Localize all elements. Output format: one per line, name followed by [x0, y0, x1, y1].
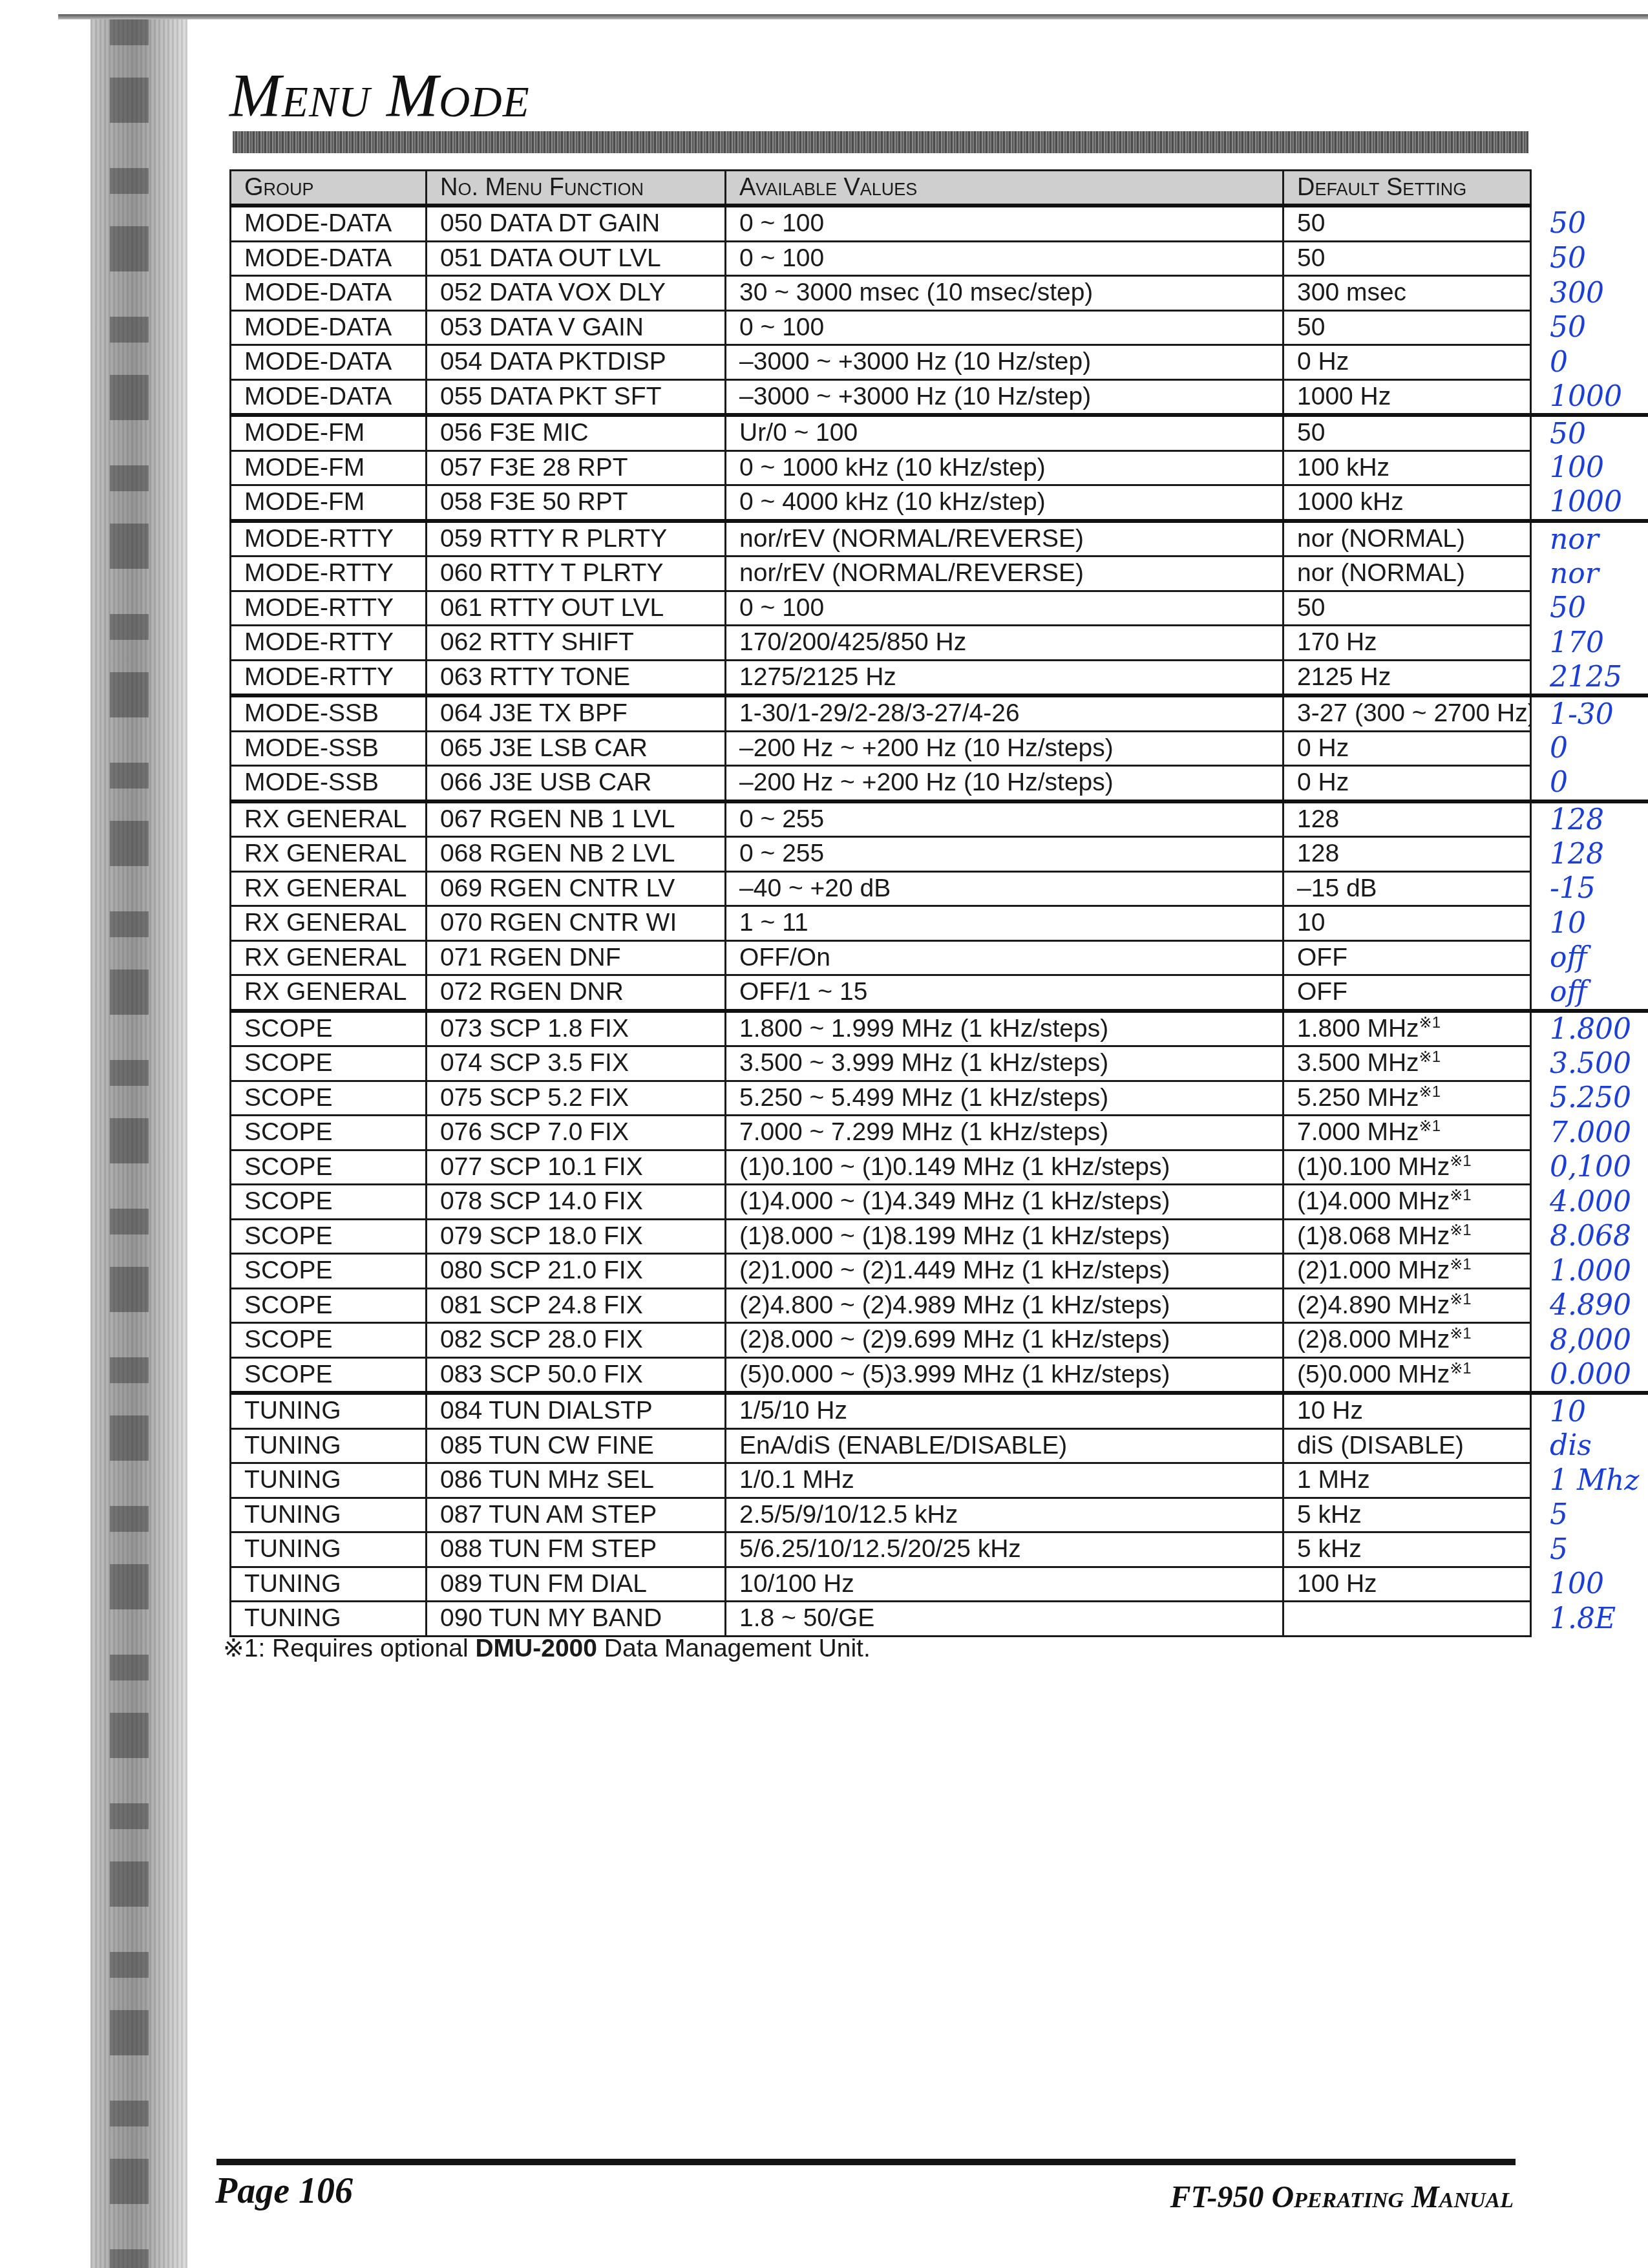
cell-function: 073 SCP 1.8 FIX [427, 1011, 726, 1046]
cell-default-text: (2)1.000 MHz [1297, 1256, 1450, 1284]
cell-default: 0 Hz [1284, 345, 1531, 380]
table-row: MODE-SSB064 J3E TX BPF1-30/1-29/2-28/3-2… [231, 695, 1648, 731]
header-group: Group [231, 171, 427, 206]
cell-default: OFF [1284, 940, 1531, 975]
cell-values: 1275/2125 Hz [726, 660, 1284, 695]
handwritten-note-text: dis [1550, 1429, 1592, 1462]
cell-group-text: MODE-DATA [244, 313, 392, 341]
cell-function-text: 087 TUN AM STEP [440, 1501, 657, 1529]
cell-values-text: (5)0.000 ~ (5)3.999 MHz (1 kHz/steps) [739, 1361, 1170, 1388]
cell-values: 0 ~ 1000 kHz (10 kHz/step) [726, 450, 1284, 485]
cell-group-text: MODE-DATA [244, 279, 392, 306]
cell-function-text: 070 RGEN CNTR WI [440, 909, 677, 937]
handwritten-note: 10 [1531, 906, 1648, 941]
cell-group: SCOPE [231, 1357, 427, 1393]
header-function: No. Menu Function [427, 171, 726, 206]
cell-function: 056 F3E MIC [427, 415, 726, 450]
cell-function: 063 RTTY TONE [427, 660, 726, 695]
cell-function-text: 090 TUN MY BAND [440, 1604, 662, 1632]
cell-group: MODE-RTTY [231, 591, 427, 626]
cell-function: 070 RGEN CNTR WI [427, 906, 726, 941]
footnote-prefix: : Requires optional [258, 1635, 475, 1662]
cell-group: RX GENERAL [231, 801, 427, 837]
cell-function: 084 TUN DIALSTP [427, 1393, 726, 1428]
cell-values: Ur/0 ~ 100 [726, 415, 1284, 450]
cell-default: (1)0.100 MHz※1 [1284, 1150, 1531, 1185]
cell-default: 1000 Hz [1284, 379, 1531, 415]
cell-default: 3-27 (300 ~ 2700 Hz) [1284, 695, 1531, 731]
cell-default: 50 [1284, 241, 1531, 276]
table-row: MODE-SSB066 J3E USB CAR–200 Hz ~ +200 Hz… [231, 766, 1648, 801]
cell-values: –200 Hz ~ +200 Hz (10 Hz/steps) [726, 731, 1284, 766]
cell-default: (2)8.000 MHz※1 [1284, 1323, 1531, 1358]
handwritten-note-text: 1.8E [1550, 1602, 1616, 1635]
table-row: TUNING085 TUN CW FINEEnA/diS (ENABLE/DIS… [231, 1428, 1648, 1463]
cell-group: SCOPE [231, 1219, 427, 1254]
cell-default: 128 [1284, 837, 1531, 872]
cell-values-text: (2)8.000 ~ (2)9.699 MHz (1 kHz/steps) [739, 1326, 1170, 1353]
table-row: SCOPE083 SCP 50.0 FIX(5)0.000 ~ (5)3.999… [231, 1357, 1648, 1393]
cell-default-text: 3-27 (300 ~ 2700 Hz) [1297, 699, 1531, 727]
cell-group-text: MODE-SSB [244, 734, 379, 762]
handwritten-note-text: off [1550, 941, 1587, 974]
handwritten-note-text: 7.000 [1550, 1116, 1631, 1149]
table-row: RX GENERAL067 RGEN NB 1 LVL0 ~ 255128128 [231, 801, 1648, 837]
cell-values: (2)4.800 ~ (2)4.989 MHz (1 kHz/steps) [726, 1288, 1284, 1323]
cell-function-text: 073 SCP 1.8 FIX [440, 1015, 629, 1043]
cell-default: 100 kHz [1284, 450, 1531, 485]
cell-group: MODE-DATA [231, 276, 427, 311]
handwritten-note-text: 100 [1550, 1567, 1604, 1600]
cell-default: 5 kHz [1284, 1532, 1531, 1567]
cell-default-text: 10 [1297, 909, 1325, 937]
table-row: MODE-SSB065 J3E LSB CAR–200 Hz ~ +200 Hz… [231, 731, 1648, 766]
cell-function-text: 088 TUN FM STEP [440, 1535, 657, 1563]
cell-default-text: 5.250 MHz [1297, 1084, 1419, 1112]
handwritten-note-text: 10 [1550, 1395, 1586, 1428]
cell-group: TUNING [231, 1602, 427, 1637]
cell-group-text: RX GENERAL [244, 840, 407, 867]
handwritten-note-text: 0 [1550, 346, 1568, 379]
cell-function: 081 SCP 24.8 FIX [427, 1288, 726, 1323]
cell-default: (1)4.000 MHz※1 [1284, 1185, 1531, 1220]
footnote: ※1: Requires optional DMU-2000 Data Mana… [223, 1634, 871, 1663]
cell-values-text: 0 ~ 1000 kHz (10 kHz/step) [739, 454, 1046, 482]
cell-values: (1)0.100 ~ (1)0.149 MHz (1 kHz/steps) [726, 1150, 1284, 1185]
cell-default-text: 1.800 MHz [1297, 1015, 1419, 1043]
cell-values: nor/rEV (NORMAL/REVERSE) [726, 521, 1284, 556]
handwritten-note: 0 [1531, 345, 1648, 380]
table-row: RX GENERAL069 RGEN CNTR LV–40 ~ +20 dB–1… [231, 871, 1648, 906]
cell-default-text: 50 [1297, 419, 1325, 447]
handwritten-note-text: off [1550, 975, 1587, 1008]
cell-group: MODE-RTTY [231, 556, 427, 591]
cell-default-text: 50 [1297, 209, 1325, 237]
cell-default-text: 128 [1297, 805, 1339, 833]
cell-default-text: OFF [1297, 978, 1347, 1006]
footnote-ref: ※1 [1419, 1118, 1441, 1135]
cell-default-text: (1)8.068 MHz [1297, 1222, 1450, 1250]
table-row: TUNING089 TUN FM DIAL10/100 Hz100 Hz100 [231, 1567, 1648, 1602]
cell-default-text: 1000 kHz [1297, 488, 1404, 516]
cell-function: 053 DATA V GAIN [427, 310, 726, 345]
handwritten-note-text: -15 [1550, 872, 1596, 905]
cell-default-text: 50 [1297, 244, 1325, 272]
table-row: TUNING090 TUN MY BAND1.8 ~ 50/GE1.8E [231, 1602, 1648, 1637]
cell-group: SCOPE [231, 1081, 427, 1116]
cell-function-text: 083 SCP 50.0 FIX [440, 1361, 643, 1388]
handwritten-note: 1000 [1531, 379, 1648, 415]
handwritten-note-text: 5 [1550, 1498, 1568, 1531]
table-row: MODE-FM057 F3E 28 RPT0 ~ 1000 kHz (10 kH… [231, 450, 1648, 485]
cell-function-text: 057 F3E 28 RPT [440, 454, 628, 482]
handwritten-note-text: 0.000 [1550, 1358, 1631, 1391]
cell-values: 0 ~ 255 [726, 837, 1284, 872]
cell-function: 086 TUN MHz SEL [427, 1463, 726, 1498]
cell-function: 078 SCP 14.0 FIX [427, 1185, 726, 1220]
cell-values: –3000 ~ +3000 Hz (10 Hz/step) [726, 345, 1284, 380]
cell-default-text: 1000 Hz [1297, 383, 1391, 410]
cell-default-text: (2)4.890 MHz [1297, 1291, 1450, 1319]
cell-function: 057 F3E 28 RPT [427, 450, 726, 485]
cell-default: 0 Hz [1284, 731, 1531, 766]
cell-function: 079 SCP 18.0 FIX [427, 1219, 726, 1254]
cell-values: –3000 ~ +3000 Hz (10 Hz/step) [726, 379, 1284, 415]
cell-function-text: 053 DATA V GAIN [440, 313, 644, 341]
cell-function: 088 TUN FM STEP [427, 1532, 726, 1567]
cell-function: 071 RGEN DNF [427, 940, 726, 975]
handwritten-note-text: 128 [1550, 803, 1604, 836]
cell-values-text: 0 ~ 100 [739, 244, 824, 272]
cell-default: diS (DISABLE) [1284, 1428, 1531, 1463]
table-row: SCOPE079 SCP 18.0 FIX(1)8.000 ~ (1)8.199… [231, 1219, 1648, 1254]
cell-group-text: MODE-FM [244, 454, 364, 482]
handwritten-note: 50 [1531, 415, 1648, 450]
handwritten-note-text: 50 [1550, 311, 1586, 344]
cell-values: 2.5/5/9/10/12.5 kHz [726, 1498, 1284, 1532]
cell-group-text: RX GENERAL [244, 978, 407, 1006]
cell-default-text: OFF [1297, 944, 1347, 971]
cell-function: 061 RTTY OUT LVL [427, 591, 726, 626]
cell-function-text: 065 J3E LSB CAR [440, 734, 648, 762]
table-row: SCOPE081 SCP 24.8 FIX(2)4.800 ~ (2)4.989… [231, 1288, 1648, 1323]
cell-group: SCOPE [231, 1150, 427, 1185]
handwritten-note: 1.000 [1531, 1254, 1648, 1289]
cell-function-text: 076 SCP 7.0 FIX [440, 1118, 629, 1146]
handwritten-note: 5 [1531, 1532, 1648, 1567]
cell-default-text: –15 dB [1297, 874, 1377, 902]
cell-group: SCOPE [231, 1323, 427, 1358]
cell-group-text: SCOPE [244, 1118, 333, 1146]
cell-values-text: 0 ~ 100 [739, 209, 824, 237]
menu-table: Group No. Menu Function Available Values… [229, 169, 1648, 1637]
cell-group-text: TUNING [244, 1604, 341, 1632]
cell-default: 1 MHz [1284, 1463, 1531, 1498]
cell-function-text: 075 SCP 5.2 FIX [440, 1084, 629, 1112]
cell-group-text: RX GENERAL [244, 944, 407, 971]
handwritten-note-text: 1000 [1550, 485, 1622, 518]
cell-values: (1)4.000 ~ (1)4.349 MHz (1 kHz/steps) [726, 1185, 1284, 1220]
table-row: MODE-DATA052 DATA VOX DLY30 ~ 3000 msec … [231, 276, 1648, 311]
handwritten-note: 0.000 [1531, 1357, 1648, 1393]
cell-default-text: 0 Hz [1297, 734, 1349, 762]
cell-default: (2)4.890 MHz※1 [1284, 1288, 1531, 1323]
cell-values: 30 ~ 3000 msec (10 msec/step) [726, 276, 1284, 311]
table-row: SCOPE080 SCP 21.0 FIX(2)1.000 ~ (2)1.449… [231, 1254, 1648, 1289]
footnote-ref: ※1 [1450, 1256, 1471, 1273]
cell-values-text: 1-30/1-29/2-28/3-27/4-26 [739, 699, 1020, 727]
handwritten-note-text: 0 [1550, 766, 1568, 799]
cell-values-text: 170/200/425/850 Hz [739, 628, 966, 656]
handwritten-note-text: 1-30 [1550, 698, 1614, 731]
cell-values: 0 ~ 100 [726, 206, 1284, 241]
cell-function: 075 SCP 5.2 FIX [427, 1081, 726, 1116]
handwritten-note-text: 50 [1550, 591, 1586, 624]
table-row: MODE-RTTY059 RTTY R PLRTYnor/rEV (NORMAL… [231, 521, 1648, 556]
cell-function-text: 067 RGEN NB 1 LVL [440, 805, 675, 833]
handwritten-note-text: 1000 [1550, 380, 1622, 413]
cell-values: (2)8.000 ~ (2)9.699 MHz (1 kHz/steps) [726, 1323, 1284, 1358]
handwritten-note: dis [1531, 1428, 1648, 1463]
cell-function-text: 085 TUN CW FINE [440, 1432, 654, 1459]
cell-group: RX GENERAL [231, 871, 427, 906]
cell-function-text: 068 RGEN NB 2 LVL [440, 840, 675, 867]
cell-default: 1000 kHz [1284, 485, 1531, 521]
cell-values-text: 10/100 Hz [739, 1570, 854, 1598]
cell-group: TUNING [231, 1532, 427, 1567]
cell-function: 074 SCP 3.5 FIX [427, 1046, 726, 1081]
handwritten-note: 0 [1531, 766, 1648, 801]
cell-values: OFF/1 ~ 15 [726, 975, 1284, 1011]
cell-values: 1.800 ~ 1.999 MHz (1 kHz/steps) [726, 1011, 1284, 1046]
handwritten-note-text: 2125 [1550, 661, 1622, 694]
cell-group: SCOPE [231, 1116, 427, 1150]
handwritten-note-text: 300 [1550, 277, 1604, 310]
cell-function-text: 060 RTTY T PLRTY [440, 559, 663, 587]
cell-group: RX GENERAL [231, 940, 427, 975]
cell-function: 050 DATA DT GAIN [427, 206, 726, 241]
cell-function: 067 RGEN NB 1 LVL [427, 801, 726, 837]
cell-values: 5.250 ~ 5.499 MHz (1 kHz/steps) [726, 1081, 1284, 1116]
cell-function: 069 RGEN CNTR LV [427, 871, 726, 906]
cell-default-text: 10 Hz [1297, 1397, 1363, 1425]
table-row: SCOPE075 SCP 5.2 FIX5.250 ~ 5.499 MHz (1… [231, 1081, 1648, 1116]
cell-values: 7.000 ~ 7.299 MHz (1 kHz/steps) [726, 1116, 1284, 1150]
handwritten-note: 8,000 [1531, 1323, 1648, 1358]
handwritten-note: 2125 [1531, 660, 1648, 695]
cell-values-text: 1.800 ~ 1.999 MHz (1 kHz/steps) [739, 1015, 1108, 1043]
cell-group: TUNING [231, 1428, 427, 1463]
cell-function-text: 062 RTTY SHIFT [440, 628, 634, 656]
handwritten-note-text: 170 [1550, 626, 1604, 659]
handwritten-note: 50 [1531, 310, 1648, 345]
cell-values-text: 0 ~ 100 [739, 594, 824, 622]
cell-group-text: MODE-DATA [244, 383, 392, 410]
cell-group-text: SCOPE [244, 1049, 333, 1077]
cell-group-text: MODE-RTTY [244, 628, 394, 656]
cell-values-text: –3000 ~ +3000 Hz (10 Hz/step) [739, 383, 1091, 410]
cell-values-text: EnA/diS (ENABLE/DISABLE) [739, 1432, 1067, 1459]
handwritten-note: 4.890 [1531, 1288, 1648, 1323]
cell-values-text: –40 ~ +20 dB [739, 874, 891, 902]
handwritten-note: 128 [1531, 801, 1648, 837]
cell-values-text: 5.250 ~ 5.499 MHz (1 kHz/steps) [739, 1084, 1108, 1112]
cell-function: 051 DATA OUT LVL [427, 241, 726, 276]
cell-function: 082 SCP 28.0 FIX [427, 1323, 726, 1358]
cell-group: MODE-RTTY [231, 521, 427, 556]
footnote-ref: ※1 [1419, 1048, 1441, 1066]
handwritten-note-text: 50 [1550, 418, 1586, 450]
handwritten-note-text: 1.800 [1550, 1013, 1631, 1046]
cell-default-text: 100 kHz [1297, 454, 1389, 482]
cell-default-text: 128 [1297, 840, 1339, 867]
cell-values-text: 1 ~ 11 [739, 909, 808, 937]
cell-default-text: 300 msec [1297, 279, 1406, 306]
cell-group-text: SCOPE [244, 1153, 333, 1181]
table-row: TUNING086 TUN MHz SEL1/0.1 MHz1 MHz1 Mhz [231, 1463, 1648, 1498]
handwritten-note-text: 50 [1550, 242, 1586, 275]
cell-values-text: 0 ~ 255 [739, 805, 824, 833]
cell-group-text: MODE-FM [244, 488, 364, 516]
cell-default-text: 3.500 MHz [1297, 1049, 1419, 1077]
manual-name: FT-950 Operating Manual [1170, 2179, 1514, 2215]
cell-group: MODE-RTTY [231, 660, 427, 695]
cell-default: (1)8.068 MHz※1 [1284, 1219, 1531, 1254]
handwritten-note: 0,100 [1531, 1150, 1648, 1185]
cell-group: SCOPE [231, 1185, 427, 1220]
cell-values: 3.500 ~ 3.999 MHz (1 kHz/steps) [726, 1046, 1284, 1081]
cell-group: MODE-DATA [231, 206, 427, 241]
cell-values-text: 1275/2125 Hz [739, 663, 896, 691]
cell-values: 1 ~ 11 [726, 906, 1284, 941]
cell-values-text: Ur/0 ~ 100 [739, 419, 858, 447]
footnote-mark: ※1 [223, 1635, 258, 1662]
cell-function-text: 080 SCP 21.0 FIX [440, 1256, 643, 1284]
cell-values-text: –3000 ~ +3000 Hz (10 Hz/step) [739, 348, 1091, 376]
cell-values-text: OFF/1 ~ 15 [739, 978, 867, 1006]
cell-function-text: 082 SCP 28.0 FIX [440, 1326, 643, 1353]
cell-default-text: 5 kHz [1297, 1501, 1362, 1529]
cell-group-text: MODE-DATA [244, 244, 392, 272]
cell-group-text: RX GENERAL [244, 805, 407, 833]
cell-group: TUNING [231, 1463, 427, 1498]
cell-group: MODE-FM [231, 485, 427, 521]
cell-default-text: diS (DISABLE) [1297, 1432, 1464, 1459]
handwritten-note-text: 3.500 [1550, 1047, 1631, 1080]
cell-group-text: MODE-DATA [244, 348, 392, 376]
handwritten-note-text: 50 [1550, 207, 1586, 240]
table-row: SCOPE077 SCP 10.1 FIX(1)0.100 ~ (1)0.149… [231, 1150, 1648, 1185]
table-row: MODE-RTTY062 RTTY SHIFT170/200/425/850 H… [231, 626, 1648, 661]
handwritten-note: 128 [1531, 837, 1648, 872]
footnote-ref: ※1 [1450, 1291, 1471, 1308]
handwritten-note: 1.8E [1531, 1602, 1648, 1637]
cell-function-text: 074 SCP 3.5 FIX [440, 1049, 629, 1077]
cell-default: –15 dB [1284, 871, 1531, 906]
cell-default: 0 Hz [1284, 766, 1531, 801]
cell-default: 2125 Hz [1284, 660, 1531, 695]
cell-function-text: 072 RGEN DNR [440, 978, 624, 1006]
cell-values-text: 0 ~ 100 [739, 313, 824, 341]
handwritten-note-text: 8.068 [1550, 1220, 1631, 1253]
handwritten-note: 50 [1531, 241, 1648, 276]
handwritten-note-text: 1.000 [1550, 1255, 1631, 1288]
cell-values-text: 7.000 ~ 7.299 MHz (1 kHz/steps) [739, 1118, 1108, 1146]
cell-function-text: 079 SCP 18.0 FIX [440, 1222, 643, 1250]
cell-default: 50 [1284, 591, 1531, 626]
cell-default: 5 kHz [1284, 1498, 1531, 1532]
handwritten-note: 1 Mhz [1531, 1463, 1648, 1498]
cell-function: 065 J3E LSB CAR [427, 731, 726, 766]
cell-group-text: TUNING [244, 1570, 341, 1598]
cell-default: 50 [1284, 206, 1531, 241]
table-row: RX GENERAL068 RGEN NB 2 LVL0 ~ 255128128 [231, 837, 1648, 872]
cell-function: 054 DATA PKTDISP [427, 345, 726, 380]
cell-group-text: MODE-RTTY [244, 594, 394, 622]
cell-default-text: nor (NORMAL) [1297, 525, 1465, 553]
cell-default: OFF [1284, 975, 1531, 1011]
handwritten-note: 300 [1531, 276, 1648, 311]
cell-group: TUNING [231, 1498, 427, 1532]
handwritten-note-text: 100 [1550, 451, 1604, 484]
handwritten-note-text: nor [1550, 523, 1599, 556]
handwritten-note: nor [1531, 521, 1648, 556]
cell-group: TUNING [231, 1393, 427, 1428]
cell-function-text: 066 J3E USB CAR [440, 768, 651, 796]
footnote-ref: ※1 [1419, 1083, 1441, 1101]
cell-values: –40 ~ +20 dB [726, 871, 1284, 906]
cell-values: 0 ~ 4000 kHz (10 kHz/step) [726, 485, 1284, 521]
cell-function-text: 059 RTTY R PLRTY [440, 525, 667, 553]
cell-values: 1.8 ~ 50/GE [726, 1602, 1284, 1637]
footnote-ref: ※1 [1419, 1014, 1441, 1032]
cell-default-text: 0 Hz [1297, 348, 1349, 376]
handwritten-note: 50 [1531, 591, 1648, 626]
cell-default-text: 0 Hz [1297, 768, 1349, 796]
table-header-row: Group No. Menu Function Available Values… [231, 171, 1648, 206]
handwritten-note: nor [1531, 556, 1648, 591]
cell-default-text: 50 [1297, 313, 1325, 341]
scan-top-edge [58, 14, 1648, 19]
table-row: SCOPE073 SCP 1.8 FIX1.800 ~ 1.999 MHz (1… [231, 1011, 1648, 1046]
table-row: MODE-DATA051 DATA OUT LVL0 ~ 1005050 [231, 241, 1648, 276]
cell-group: MODE-DATA [231, 241, 427, 276]
handwritten-note-text: 4.000 [1550, 1185, 1631, 1218]
handwritten-note: 1000 [1531, 485, 1648, 521]
cell-function: 060 RTTY T PLRTY [427, 556, 726, 591]
cell-default: 3.500 MHz※1 [1284, 1046, 1531, 1081]
cell-default-text: 7.000 MHz [1297, 1118, 1419, 1146]
cell-group-text: MODE-FM [244, 419, 364, 447]
cell-default: (2)1.000 MHz※1 [1284, 1254, 1531, 1289]
cell-values: 0 ~ 100 [726, 310, 1284, 345]
handwritten-note-text: nor [1550, 557, 1599, 590]
table-row: SCOPE076 SCP 7.0 FIX7.000 ~ 7.299 MHz (1… [231, 1116, 1648, 1150]
cell-default: 5.250 MHz※1 [1284, 1081, 1531, 1116]
cell-values-text: nor/rEV (NORMAL/REVERSE) [739, 559, 1084, 587]
cell-values-text: (2)4.800 ~ (2)4.989 MHz (1 kHz/steps) [739, 1291, 1170, 1319]
cell-function-text: 056 F3E MIC [440, 419, 589, 447]
cell-values-text: 0 ~ 255 [739, 840, 824, 867]
cell-function: 059 RTTY R PLRTY [427, 521, 726, 556]
cell-group-text: TUNING [244, 1397, 341, 1425]
cell-group-text: SCOPE [244, 1361, 333, 1388]
cell-values-text: 0 ~ 4000 kHz (10 kHz/step) [739, 488, 1046, 516]
footnote-ref: ※1 [1450, 1360, 1471, 1377]
cell-group-text: SCOPE [244, 1222, 333, 1250]
cell-group-text: MODE-RTTY [244, 663, 394, 691]
cell-group-text: TUNING [244, 1535, 341, 1563]
